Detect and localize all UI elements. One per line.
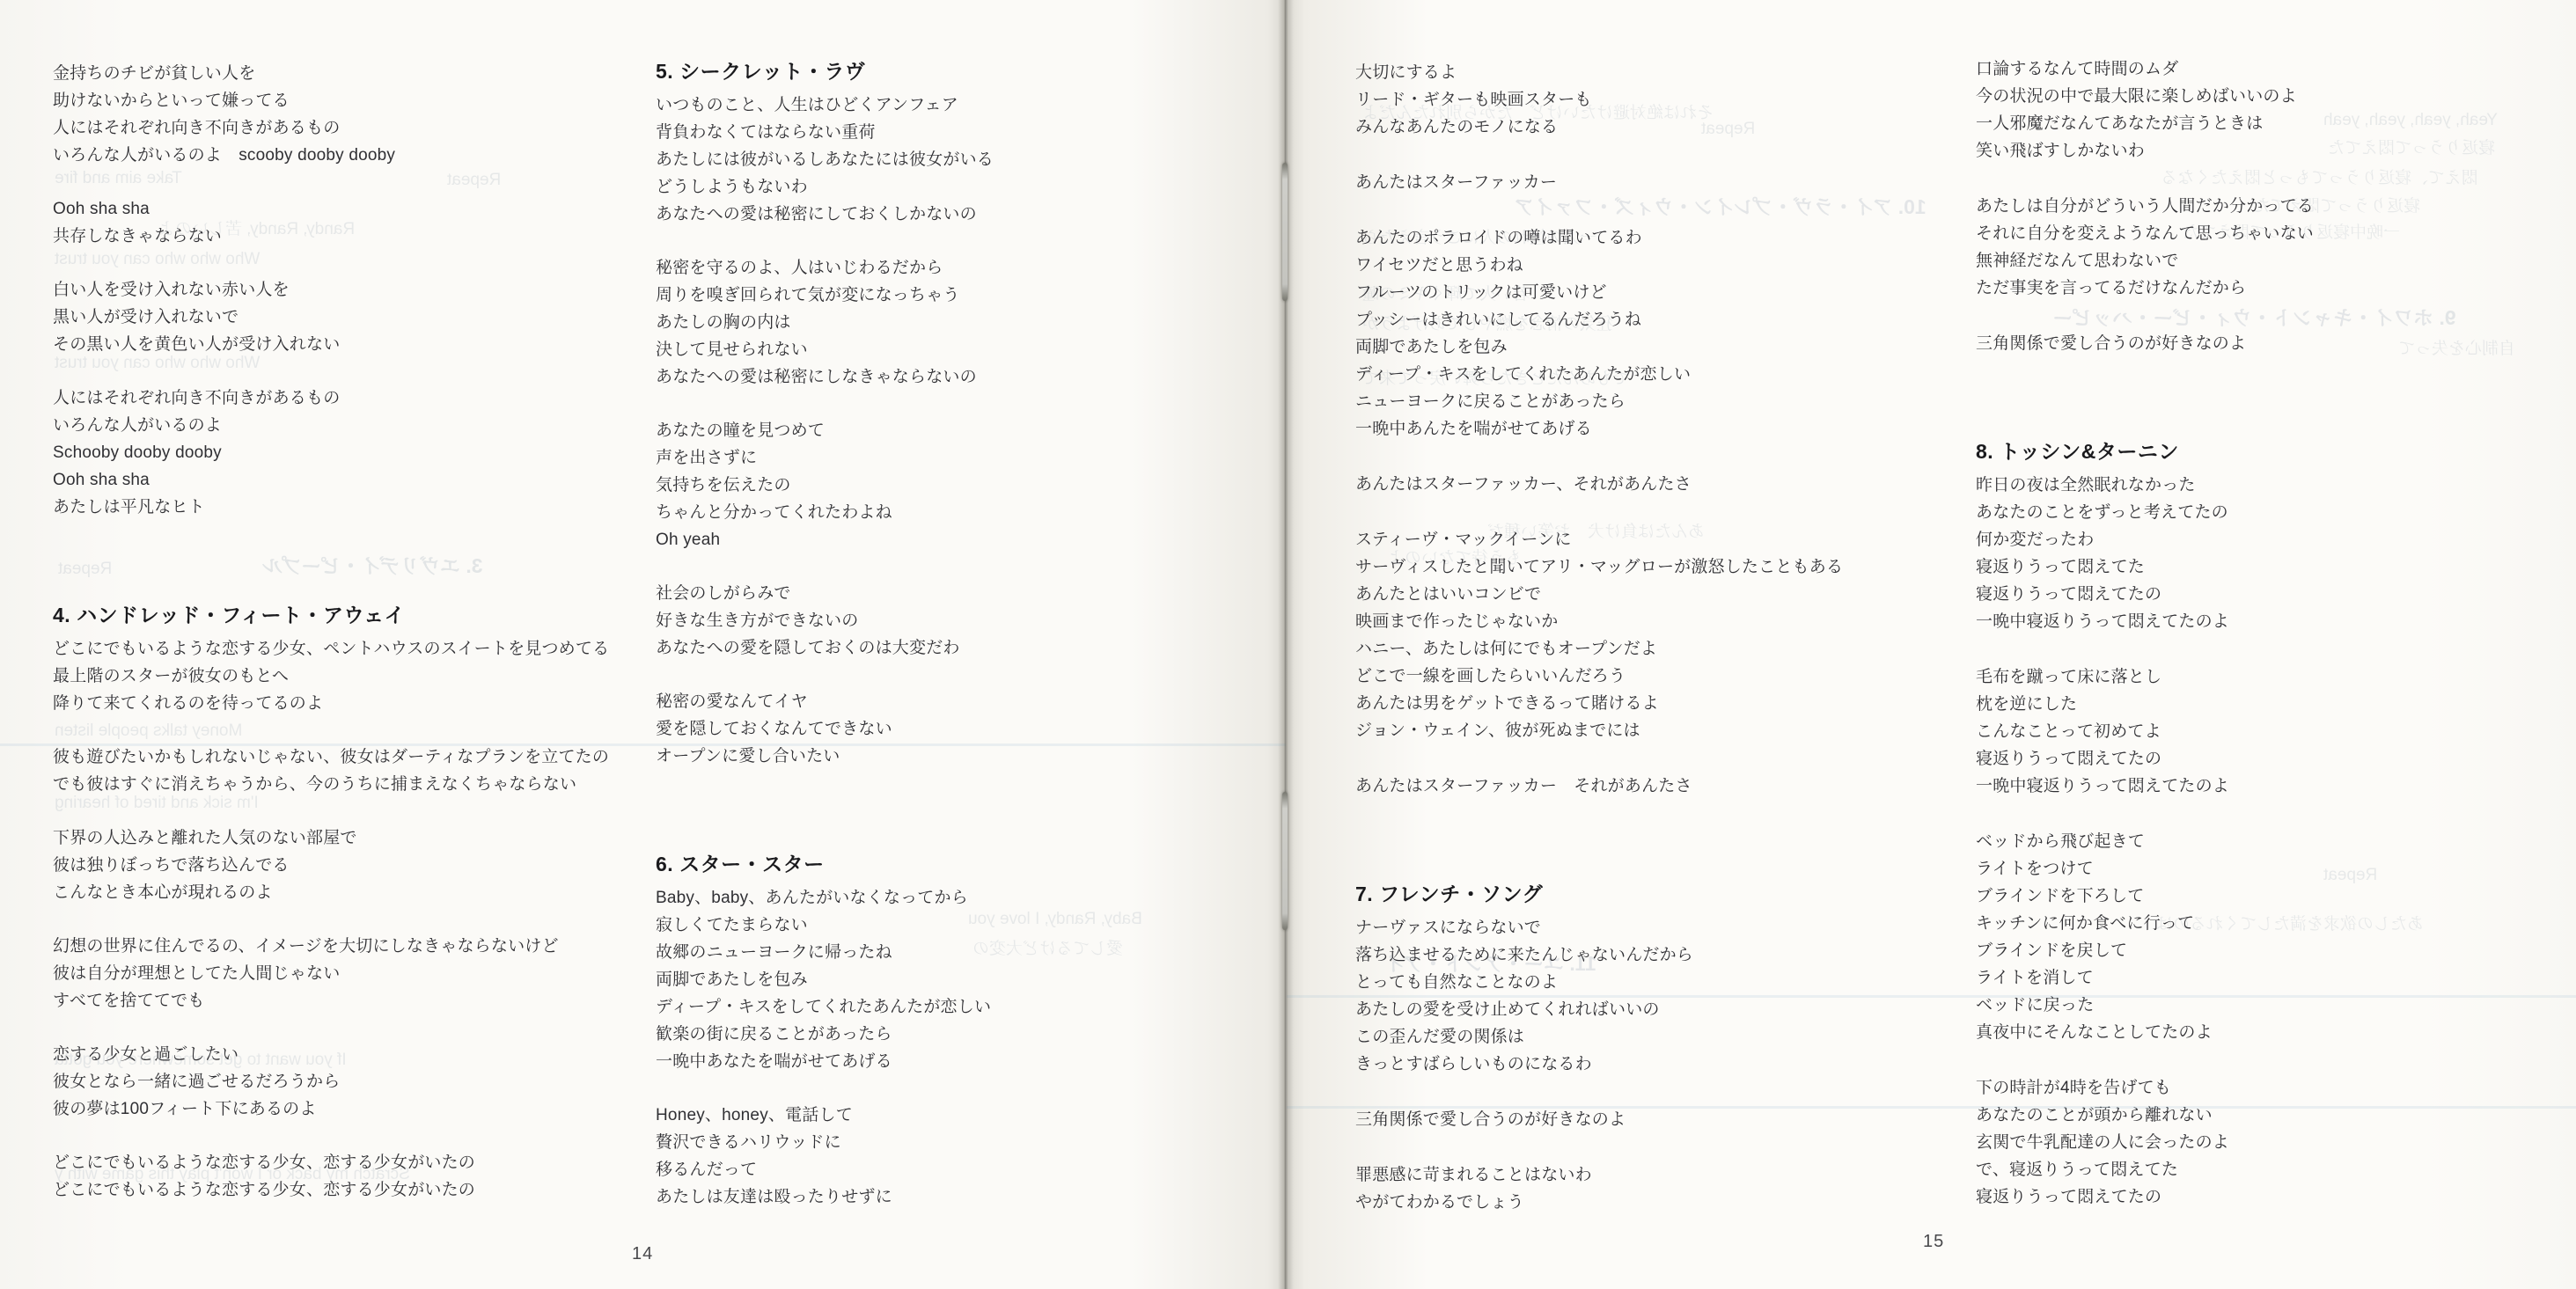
lyrics-column: 金持ちのチビが貧しい人を助けないからといって嫌ってる人にはそれぞれ向き不向きがあ… bbox=[53, 60, 609, 1204]
lyric-stanza: 下界の人込みと離れた人気のない部屋で彼は独りぼっちで落ち込んでるこんなとき本心が… bbox=[53, 824, 609, 906]
lyric-line: 故郷のニューヨークに帰ったね bbox=[656, 939, 994, 966]
lyric-line: 彼は自分が理想としてた人間じゃない bbox=[53, 960, 609, 987]
lyric-line: 寂しくてたまらない bbox=[656, 912, 994, 939]
page-number: 15 bbox=[1923, 1232, 1944, 1252]
lyric-line: ベッドに戻った bbox=[1976, 992, 2314, 1019]
lyric-line: 人にはそれぞれ向き不向きがあるもの bbox=[53, 385, 609, 412]
lyric-stanza: 金持ちのチビが貧しい人を助けないからといって嫌ってる人にはそれぞれ向き不向きがあ… bbox=[53, 60, 609, 169]
lyric-line: あんたはスターファッカー それがあんたさ bbox=[1355, 773, 1843, 800]
lyric-line: 最上階のスターが彼女のもとへ bbox=[53, 663, 609, 690]
lyric-stanza: どこにでもいるような恋する少女、恋する少女がいたのどこにでもいるような恋する少女… bbox=[53, 1149, 609, 1204]
lyric-line: ディープ・キスをしてくれたあんたが恋しい bbox=[656, 993, 994, 1021]
lyric-line: 愛を隠しておくなんてできない bbox=[656, 715, 994, 743]
lyric-line: 枕を逆にした bbox=[1976, 691, 2314, 718]
lyric-stanza: いつものこと、人生はひどくアンフェア背負わなくてはならない重荷あたしには彼がいる… bbox=[656, 92, 994, 228]
lyric-line: あたしには彼がいるしあなたには彼女がいる bbox=[656, 146, 994, 173]
lyric-line: どこで一線を画したらいいんだろう bbox=[1355, 663, 1843, 690]
lyric-line: 恋する少女と過ごしたい bbox=[53, 1041, 609, 1068]
lyric-stanza: ナーヴァスにならないで落ち込ませるために来たんじゃないんだからとっても自然なこと… bbox=[1355, 914, 1843, 1078]
lyric-line: 両脚であたしを包み bbox=[1355, 333, 1843, 361]
lyric-line: 無神経だなんて思わないで bbox=[1976, 247, 2314, 275]
lyric-line: Ooh sha sha bbox=[53, 195, 609, 223]
lyric-line: ナーヴァスにならないで bbox=[1355, 914, 1843, 941]
lyric-line: 彼の夢は100フィート下にあるのよ bbox=[53, 1095, 609, 1123]
lyric-line: プッシーはきれいにしてるんだろうね bbox=[1355, 306, 1843, 333]
lyric-line: 一晩中寝返りうって悶えてたのよ bbox=[1976, 608, 2314, 635]
lyric-line: 昨日の夜は全然眠れなかった bbox=[1976, 472, 2314, 499]
lyric-stanza: 幻想の世界に住んでるの、イメージを大切にしなきゃならないけど彼は自分が理想として… bbox=[53, 933, 609, 1014]
lyric-line: あなたへの愛は秘密にしておくしかないの bbox=[656, 201, 994, 228]
staple-bottom bbox=[1282, 792, 1288, 930]
lyric-line: ワイセツだと思うわね bbox=[1355, 252, 1843, 279]
lyrics-column: 大切にするよリード・ギターも映画スターもみんなあんたのモノになるあんたはスターフ… bbox=[1355, 59, 1843, 1216]
lyric-line: あなたへの愛は秘密にしなきゃならないの bbox=[656, 363, 994, 391]
lyric-stanza: あなたの瞳を見つめて声を出さずに気持ちを伝えたのちゃんと分かってくれたわよねOh… bbox=[656, 417, 994, 553]
lyric-line: 金持ちのチビが貧しい人を bbox=[53, 60, 609, 87]
lyric-stanza: あたしは自分がどういう人間だか分かってるそれに自分を変えようなんて思っちゃいない… bbox=[1976, 193, 2314, 302]
lyric-line: ちゃんと分かってくれたわよね bbox=[656, 499, 994, 526]
lyric-line: どこにでもいるような恋する少女、恋する少女がいたの bbox=[53, 1176, 609, 1204]
lyric-line: 口論するなんて時間のムダ bbox=[1976, 55, 2314, 83]
lyric-line: ブラインドを戻して bbox=[1976, 937, 2314, 964]
lyric-line: 助けないからといって嫌ってる bbox=[53, 87, 609, 114]
lyric-stanza: どこにでもいるような恋する少女、ペントハウスのスイートを見つめてる最上階のスター… bbox=[53, 635, 609, 717]
lyric-line: 歓楽の街に戻ることがあったら bbox=[656, 1021, 994, 1048]
lyric-line: やがてわかるでしょう bbox=[1355, 1189, 1843, 1216]
lyric-line: ハニー、あたしは何にでもオープンだよ bbox=[1355, 635, 1843, 663]
lyric-line: 下界の人込みと離れた人気のない部屋で bbox=[53, 824, 609, 852]
lyric-stanza: あんたはスターファッカー それがあんたさ bbox=[1355, 773, 1843, 800]
lyric-stanza: 人にはそれぞれ向き不向きがあるものいろんな人がいるのよSchooby dooby… bbox=[53, 385, 609, 521]
lyric-line: 一晩中あなたを喘がせてあげる bbox=[656, 1048, 994, 1075]
lyric-line: どこにでもいるような恋する少女、恋する少女がいたの bbox=[53, 1149, 609, 1176]
song-title: 8. トッシン&ターニン bbox=[1976, 438, 2314, 465]
lyric-line: ディープ・キスをしてくれたあんたが恋しい bbox=[1355, 361, 1843, 388]
lyric-stanza: Ooh sha sha共存しなきゃならない bbox=[53, 195, 609, 250]
columns: 金持ちのチビが貧しい人を助けないからといって嫌ってる人にはそれぞれ向き不向きがあ… bbox=[0, 0, 1286, 1289]
lyric-line: 降りて来てくれるのを待ってるのよ bbox=[53, 690, 609, 717]
lyric-line: あんたのポラロイドの噂は聞いてるわ bbox=[1355, 224, 1843, 252]
song-title: 4. ハンドレッド・フィート・アウェイ bbox=[53, 602, 609, 628]
lyric-line: 映画まで作ったじゃないか bbox=[1355, 608, 1843, 635]
lyric-line: 彼も遊びたいかもしれないじゃない、彼女はダーティなプランを立てたの bbox=[53, 743, 609, 771]
song-title: 5. シークレット・ラヴ bbox=[656, 58, 994, 84]
lyric-stanza: 社会のしがらみで好きな生き方ができないのあなたへの愛を隠しておくのは大変だわ bbox=[656, 580, 994, 662]
staple-top bbox=[1282, 163, 1288, 301]
lyric-line: あんたはスターファッカー bbox=[1355, 169, 1843, 196]
lyric-line: 社会のしがらみで bbox=[656, 580, 994, 607]
lyric-stanza: 下の時計が4時を告げてもあなたのことが頭から離れない玄関で牛乳配達の人に会ったの… bbox=[1976, 1074, 2314, 1211]
lyric-stanza: 罪悪感に苛まれることはないわやがてわかるでしょう bbox=[1355, 1161, 1843, 1216]
lyric-line: どこにでもいるような恋する少女、ペントハウスのスイートを見つめてる bbox=[53, 635, 609, 663]
lyric-line: 落ち込ませるために来たんじゃないんだから bbox=[1355, 941, 1843, 969]
lyric-stanza: 恋する少女と過ごしたい彼女となら一緒に過ごせるだろうから彼の夢は100フィート下… bbox=[53, 1041, 609, 1123]
lyric-line: ブラインドを下ろして bbox=[1976, 883, 2314, 910]
lyric-line: 笑い飛ばすしかないわ bbox=[1976, 137, 2314, 165]
page-15: それは絶対避けたいけど だから別れたんだよRepeat10. アイ・ラヴ・プレイ… bbox=[1287, 0, 2576, 1289]
lyric-line: で、寝返りうって悶えてた bbox=[1976, 1156, 2314, 1183]
page-14: Take aim and fireRepeatRandy, Randy, 苦しい… bbox=[0, 0, 1286, 1289]
lyric-stanza: あんたはスターファッカー、それがあんたさ bbox=[1355, 471, 1843, 498]
lyric-line: 三角関係で愛し合うのが好きなのよ bbox=[1355, 1106, 1843, 1133]
lyric-line: Baby、baby、あんたがいなくなってから bbox=[656, 884, 994, 912]
lyric-stanza: 三角関係で愛し合うのが好きなのよ bbox=[1355, 1106, 1843, 1133]
lyric-line: 背負わなくてはならない重荷 bbox=[656, 119, 994, 146]
lyric-line: あたしは友達は殴ったりせずに bbox=[656, 1183, 994, 1211]
lyric-line: 秘密の愛なんてイヤ bbox=[656, 688, 994, 715]
lyric-line: Ooh sha sha bbox=[53, 466, 609, 494]
lyric-line: 真夜中にそんなことしてたのよ bbox=[1976, 1019, 2314, 1046]
lyric-line: あなたのことをずっと考えてたの bbox=[1976, 499, 2314, 526]
lyric-line: 人にはそれぞれ向き不向きがあるもの bbox=[53, 114, 609, 142]
lyric-line: 幻想の世界に住んでるの、イメージを大切にしなきゃならないけど bbox=[53, 933, 609, 960]
lyric-line: 彼女となら一緒に過ごせるだろうから bbox=[53, 1068, 609, 1095]
lyric-line: どうしようもないわ bbox=[656, 173, 994, 201]
lyric-line: 罪悪感に苛まれることはないわ bbox=[1355, 1161, 1843, 1189]
lyric-line: 寝返りうって悶えてた bbox=[1976, 553, 2314, 581]
lyric-line: 気持ちを伝えたの bbox=[656, 472, 994, 499]
lyric-line: 共存しなきゃならない bbox=[53, 223, 609, 250]
lyric-line: 大切にするよ bbox=[1355, 59, 1843, 86]
lyric-line: 一晩中寝返りうって悶えてたのよ bbox=[1976, 773, 2314, 800]
lyric-line: スティーヴ・マックイーンに bbox=[1355, 526, 1843, 553]
lyric-line: いろんな人がいるのよ bbox=[53, 412, 609, 439]
lyric-stanza: 口論するなんて時間のムダ今の状況の中で最大限に楽しめばいいのよ一人邪魔だなんてあ… bbox=[1976, 55, 2314, 165]
lyric-line: 両脚であたしを包み bbox=[656, 966, 994, 993]
lyric-line: こんなとき本心が現れるのよ bbox=[53, 879, 609, 906]
lyric-line: リード・ギターも映画スターも bbox=[1355, 86, 1843, 114]
lyric-line: Schooby dooby dooby bbox=[53, 439, 609, 466]
lyric-line: ただ事実を言ってるだけなんだから bbox=[1976, 275, 2314, 302]
lyric-line: ジョン・ウェイン、彼が死ぬまでには bbox=[1355, 717, 1843, 744]
lyrics-column: 口論するなんて時間のムダ今の状況の中で最大限に楽しめばいいのよ一人邪魔だなんてあ… bbox=[1976, 55, 2314, 1211]
lyric-line: すべてを捨ててでも bbox=[53, 987, 609, 1014]
lyric-line: 彼は独りぼっちで落ち込んでる bbox=[53, 852, 609, 879]
lyric-line: Oh yeah bbox=[656, 526, 994, 553]
lyric-line: 黒い人が受け入れないで bbox=[53, 304, 609, 331]
lyric-line: 移るんだって bbox=[656, 1156, 994, 1183]
lyric-line: あんたとはいいコンビで bbox=[1355, 581, 1843, 608]
lyric-line: あたしは自分がどういう人間だか分かってる bbox=[1976, 193, 2314, 220]
lyric-line: キッチンに何か食べに行って bbox=[1976, 910, 2314, 937]
lyric-line: ニューヨークに戻ることがあったら bbox=[1355, 388, 1843, 415]
lyric-line: Honey、honey、電話して bbox=[656, 1102, 994, 1129]
lyric-line: ベッドから飛び起きて bbox=[1976, 828, 2314, 855]
lyric-stanza: 毛布を蹴って床に落とし枕を逆にしたこんなことって初めてよ寝返りうって悶えてたの一… bbox=[1976, 663, 2314, 800]
booklet-spread: Take aim and fireRepeatRandy, Randy, 苦しい… bbox=[0, 0, 2576, 1289]
lyric-line: 下の時計が4時を告げても bbox=[1976, 1074, 2314, 1102]
lyric-line: いろんな人がいるのよ scooby dooby dooby bbox=[53, 142, 609, 169]
lyric-line: こんなことって初めてよ bbox=[1976, 718, 2314, 745]
lyric-line: 寝返りうって悶えてたの bbox=[1976, 1183, 2314, 1211]
lyric-stanza: 三角関係で愛し合うのが好きなのよ bbox=[1976, 330, 2314, 357]
lyric-line: あたしの愛を受け止めてくれればいいの bbox=[1355, 996, 1843, 1023]
lyric-line: 三角関係で愛し合うのが好きなのよ bbox=[1976, 330, 2314, 357]
lyric-line: ライトを消して bbox=[1976, 964, 2314, 992]
lyric-stanza: 白い人を受け入れない赤い人を黒い人が受け入れないでその黒い人を黄色い人が受け入れ… bbox=[53, 276, 609, 358]
lyric-line: あなたへの愛を隠しておくのは大変だわ bbox=[656, 634, 994, 662]
columns: 大切にするよリード・ギターも映画スターもみんなあんたのモノになるあんたはスターフ… bbox=[1287, 0, 2576, 1289]
lyric-line: 好きな生き方ができないの bbox=[656, 607, 994, 634]
lyric-line: 声を出さずに bbox=[656, 444, 994, 472]
lyric-line: ライトをつけて bbox=[1976, 855, 2314, 883]
lyric-line: あたしは平凡なヒト bbox=[53, 494, 609, 521]
lyric-line: 今の状況の中で最大限に楽しめばいいのよ bbox=[1976, 83, 2314, 110]
lyric-stanza: あんたのポラロイドの噂は聞いてるわワイセツだと思うわねフルーツのトリックは可愛い… bbox=[1355, 224, 1843, 443]
lyric-line: それに自分を変えようなんて思っちゃいない bbox=[1976, 220, 2314, 247]
page-number: 14 bbox=[632, 1244, 653, 1264]
lyric-line: いつものこと、人生はひどくアンフェア bbox=[656, 92, 994, 119]
lyric-line: 秘密を守るのよ、人はいじわるだから bbox=[656, 254, 994, 282]
lyric-line: 一晩中あんたを喘がせてあげる bbox=[1355, 415, 1843, 443]
lyric-line: 白い人を受け入れない赤い人を bbox=[53, 276, 609, 304]
song-title: 7. フレンチ・ソング bbox=[1355, 881, 1843, 907]
lyric-line: あたしの胸の内は bbox=[656, 309, 994, 336]
lyric-line: みんなあんたのモノになる bbox=[1355, 114, 1843, 141]
lyric-line: あなたのことが頭から離れない bbox=[1976, 1102, 2314, 1129]
lyric-line: 何か変だったわ bbox=[1976, 526, 2314, 553]
lyric-line: オープンに愛し合いたい bbox=[656, 743, 994, 770]
lyric-line: 寝返りうって悶えてたの bbox=[1976, 745, 2314, 773]
lyric-line: きっとすばらしいものになるわ bbox=[1355, 1051, 1843, 1078]
lyric-line: とっても自然なことなのよ bbox=[1355, 969, 1843, 996]
lyric-stanza: あんたはスターファッカー bbox=[1355, 169, 1843, 196]
lyric-stanza: 彼も遊びたいかもしれないじゃない、彼女はダーティなプランを立てたのでも彼はすぐに… bbox=[53, 743, 609, 798]
lyric-line: あんたはスターファッカー、それがあんたさ bbox=[1355, 471, 1843, 498]
lyric-stanza: 秘密を守るのよ、人はいじわるだから周りを嗅ぎ回られて気が変になっちゃうあたしの胸… bbox=[656, 254, 994, 391]
lyric-stanza: Honey、honey、電話して贅沢できるハリウッドに移るんだってあたしは友達は… bbox=[656, 1102, 994, 1211]
lyric-line: でも彼はすぐに消えちゃうから、今のうちに捕まえなくちゃならない bbox=[53, 771, 609, 798]
lyric-line: あなたの瞳を見つめて bbox=[656, 417, 994, 444]
lyric-stanza: 秘密の愛なんてイヤ愛を隠しておくなんてできないオープンに愛し合いたい bbox=[656, 688, 994, 770]
lyric-line: フルーツのトリックは可愛いけど bbox=[1355, 279, 1843, 306]
lyric-stanza: Baby、baby、あんたがいなくなってから寂しくてたまらない故郷のニューヨーク… bbox=[656, 884, 994, 1075]
lyric-stanza: スティーヴ・マックイーンにサーヴィスしたと聞いてアリ・マッグローが激怒したことも… bbox=[1355, 526, 1843, 744]
lyric-line: 玄関で牛乳配達の人に会ったのよ bbox=[1976, 1129, 2314, 1156]
lyric-line: あんたは男をゲットできるって賭けるよ bbox=[1355, 690, 1843, 717]
lyric-line: その黒い人を黄色い人が受け入れない bbox=[53, 331, 609, 358]
lyric-line: この歪んだ愛の関係は bbox=[1355, 1023, 1843, 1051]
lyric-stanza: 大切にするよリード・ギターも映画スターもみんなあんたのモノになる bbox=[1355, 59, 1843, 141]
lyric-line: 周りを嗅ぎ回られて気が変になっちゃう bbox=[656, 282, 994, 309]
lyric-line: 一人邪魔だなんてあなたが言うときは bbox=[1976, 110, 2314, 137]
lyric-line: サーヴィスしたと聞いてアリ・マッグローが激怒したこともある bbox=[1355, 553, 1843, 581]
song-title: 6. スター・スター bbox=[656, 851, 994, 877]
lyrics-column: 5. シークレット・ラヴいつものこと、人生はひどくアンフェア背負わなくてはならな… bbox=[656, 58, 994, 1211]
lyric-stanza: ベッドから飛び起きてライトをつけてブラインドを下ろしてキッチンに何か食べに行って… bbox=[1976, 828, 2314, 1046]
lyric-line: 決して見せられない bbox=[656, 336, 994, 363]
lyric-stanza: 昨日の夜は全然眠れなかったあなたのことをずっと考えてたの何か変だったわ寝返りうっ… bbox=[1976, 472, 2314, 635]
lyric-line: 寝返りうって悶えてたの bbox=[1976, 581, 2314, 608]
lyric-line: 毛布を蹴って床に落とし bbox=[1976, 663, 2314, 691]
lyric-line: 贅沢できるハリウッドに bbox=[656, 1129, 994, 1156]
